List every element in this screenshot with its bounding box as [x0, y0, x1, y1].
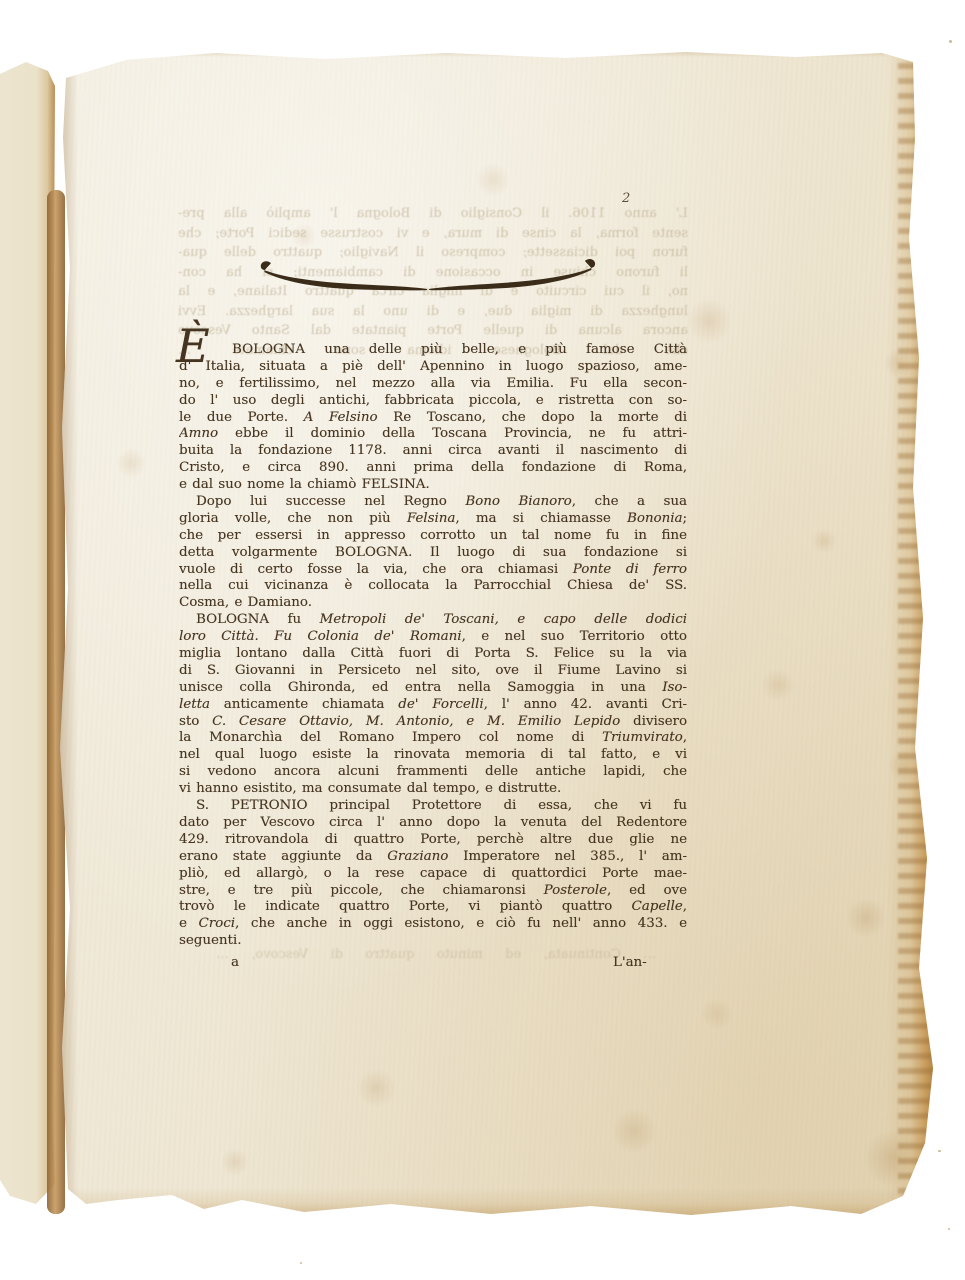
signature-mark: a	[231, 955, 239, 970]
text-line: buita la fondazione 1178. anni circa ava…	[179, 443, 687, 460]
text-line: sto C. Cesare Ottavio, M. Antonio, e M. …	[179, 714, 687, 731]
text-line: seguenti.	[179, 933, 687, 950]
text-line: pliò, ed allargò, o la rese capace di qu…	[179, 866, 687, 883]
text-line: unisce colla Ghironda, ed entra nella Sa…	[179, 680, 687, 697]
direction-line: a L'an-	[179, 955, 687, 975]
dust-speck	[948, 1228, 950, 1230]
text-block: BOLOGNA una delle più belle, e più famos…	[179, 342, 687, 975]
bleedthrough-line: L' anno 1106. il Consiglio di Bologna l'…	[178, 204, 688, 224]
text-line: vuole di certo fosse la via, che ora chi…	[179, 562, 687, 579]
text-line: Dopo lui successe nel Regno Bono Bianoro…	[179, 494, 687, 511]
text-line: nella cui vicinanza è collocata la Parro…	[179, 578, 687, 595]
paragraph: BOLOGNA fu Metropoli de' Toscani, e capo…	[179, 612, 687, 798]
folio-number: 2	[622, 191, 630, 206]
text-line: detta volgarmente BOLOGNA. Il luogo di s…	[179, 545, 687, 562]
bleedthrough-line: lunghezza di miglia due, e di uno la sua…	[178, 302, 688, 322]
photograph-backdrop: L' anno 1106. il Consiglio di Bologna l'…	[0, 0, 965, 1280]
text-line: nel qual luogo esiste la rinovata memori…	[179, 747, 687, 764]
dust-speck	[300, 1262, 302, 1264]
paragraphs: BOLOGNA una delle più belle, e più famos…	[179, 342, 687, 950]
book-page: L' anno 1106. il Consiglio di Bologna l'…	[56, 48, 938, 1218]
catchword: L'an-	[613, 955, 647, 970]
text-line: S. PETRONIO principal Protettore di essa…	[179, 798, 687, 815]
paragraph: S. PETRONIO principal Protettore di essa…	[179, 798, 687, 950]
text-line: do l' uso degli antichi, fabbricata picc…	[179, 393, 687, 410]
paragraph: BOLOGNA una delle più belle, e più famos…	[179, 342, 687, 494]
text-line: trovò le indicate quattro Porte, vi pian…	[179, 899, 687, 916]
text-line: letta anticamente chiamata de' Forcelli,…	[179, 697, 687, 714]
gutter-spine-strip	[47, 190, 65, 1214]
text-line: miglia lontano dalla Città fuori di Port…	[179, 646, 687, 663]
dust-speck	[949, 40, 952, 43]
text-line: e Croci, che anche in oggi esistono, e c…	[179, 916, 687, 933]
text-line: di S. Giovanni in Persiceto nel sito, ov…	[179, 663, 687, 680]
paragraph: Dopo lui successe nel Regno Bono Bianoro…	[179, 494, 687, 612]
text-line: vi hanno esistito, ma consumate dal temp…	[179, 781, 687, 798]
text-line: BOLOGNA fu Metropoli de' Toscani, e capo…	[179, 612, 687, 629]
text-line: stre, e tre più piccole, che chiamaronsi…	[179, 883, 687, 900]
text-line: Cosma, e Damiano.	[179, 595, 687, 612]
text-line: che per essersi in appresso corrotto un …	[179, 528, 687, 545]
text-line: no, e fertilissimo, nel mezzo alla via E…	[179, 376, 687, 393]
text-line: loro Città. Fu Colonia de' Romani, e nel…	[179, 629, 687, 646]
text-line: si vedono ancora alcuni frammenti delle …	[179, 764, 687, 781]
bleedthrough-line: ancora alcuna di quelle Porte piantate d…	[178, 321, 688, 341]
dust-speck	[938, 1150, 941, 1152]
swelled-rule-ornament	[256, 252, 600, 298]
text-line: la Monarchìa del Romano Impero col nome …	[179, 730, 687, 747]
text-line: Amno ebbe il dominio della Toscana Provi…	[179, 426, 687, 443]
text-line: d' Italia, situata a piè dell' Apennino …	[179, 359, 687, 376]
drop-cap-initial: È	[176, 323, 210, 369]
text-line: Cristo, e circa 890. anni prima della fo…	[179, 460, 687, 477]
text-line: e dal suo nome la chiamò FELSINA.	[179, 477, 687, 494]
text-line: 429. ritrovandola di quattro Porte, perc…	[179, 832, 687, 849]
text-line: BOLOGNA una delle più belle, e più famos…	[179, 342, 687, 359]
text-line: le due Porte. A Felsino Re Toscano, che …	[179, 410, 687, 427]
text-line: gloria volle, che non più Felsina, ma si…	[179, 511, 687, 528]
text-line: dato per Vescovo circa l' anno dopo la v…	[179, 815, 687, 832]
bleedthrough-line: sente forma, la cinse di mura, e vi cost…	[178, 224, 688, 244]
text-line: erano state aggiunte da Graziano Imperat…	[179, 849, 687, 866]
